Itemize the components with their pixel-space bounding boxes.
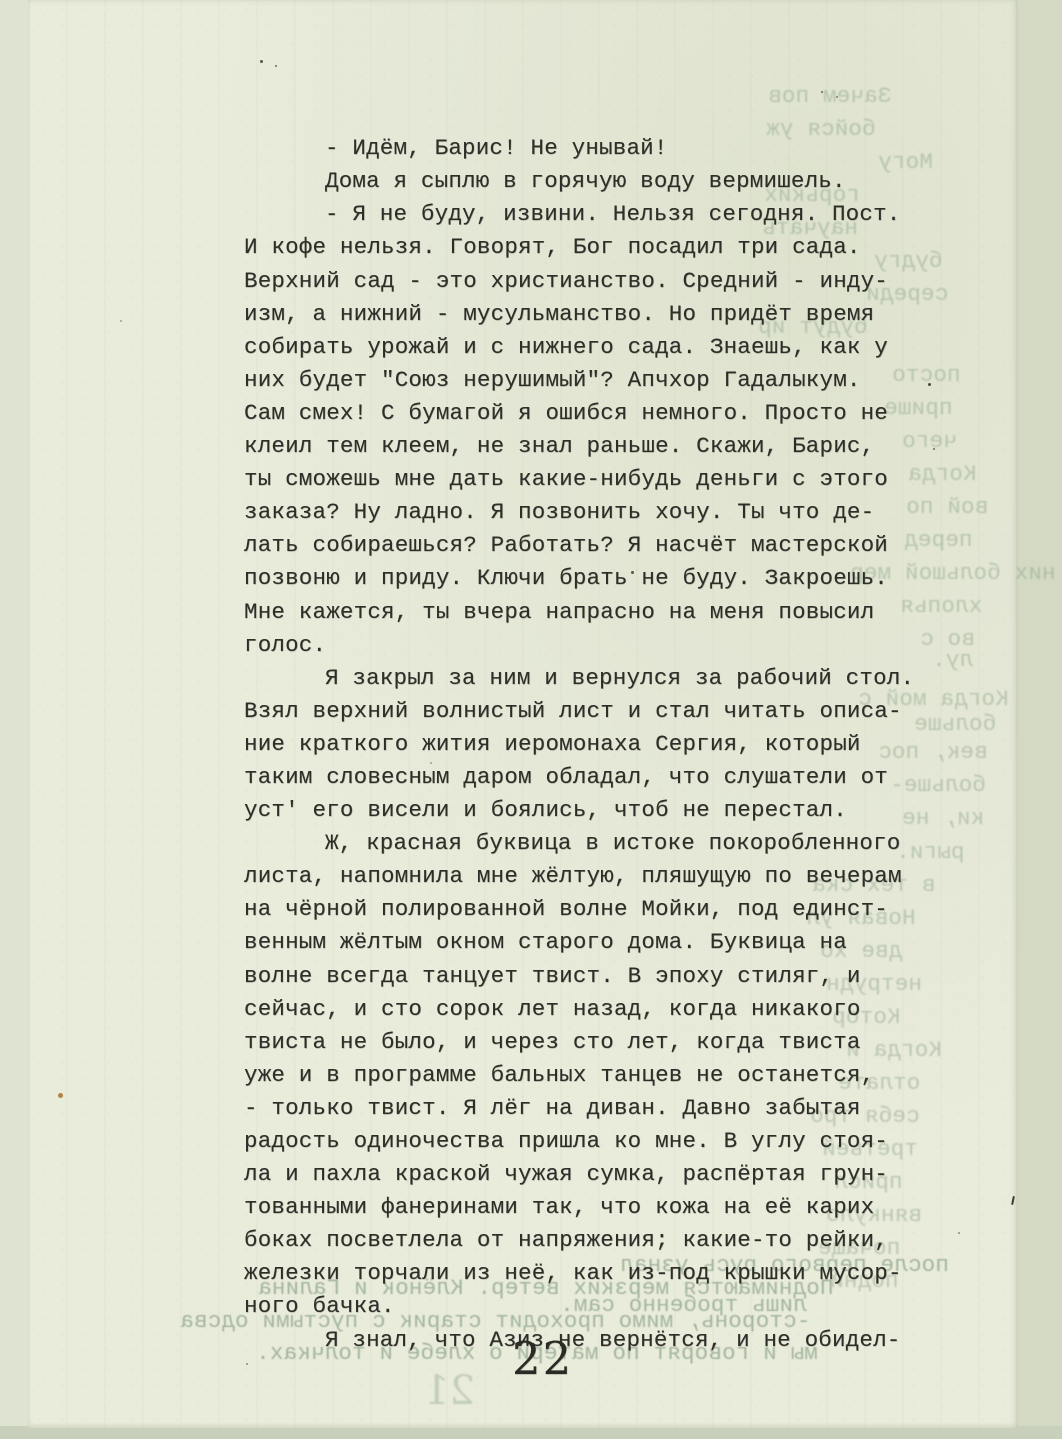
typescript-line: железки торчали из неё, как из-под крышк…	[244, 1257, 944, 1290]
paper-speck	[958, 1232, 960, 1234]
paper-speck	[58, 1093, 63, 1098]
typescript-line: Ж, красная буквица в истоке покоробленно…	[244, 827, 944, 860]
typescript-line: собирать урожай и с нижнего сада. Знаешь…	[244, 331, 944, 364]
typescript-line: Верхний сад - это христианство. Средний …	[244, 265, 944, 298]
typescript-line: тованными фанеринами так, что кожа на её…	[244, 1191, 944, 1224]
typescript-line: - только твист. Я лёг на диван. Давно за…	[244, 1092, 944, 1125]
typescript-line: - Я не буду, извини. Нельзя сегодня. Пос…	[244, 198, 944, 231]
typescript-line: радость одиночества пришла ко мне. В угл…	[244, 1125, 944, 1158]
typescript-line: позвоню и приду. Ключи брать не буду. За…	[244, 562, 944, 595]
typescript-line: Дома я сыплю в горячую воду вермишель.	[244, 165, 944, 198]
typescript-line: Я закрыл за ним и вернулся за рабочий ст…	[244, 662, 944, 695]
paper-speck	[275, 65, 277, 67]
typescript-line: Сам смех! С бумагой я ошибся немного. Пр…	[244, 397, 944, 430]
typescript-line: боках посветлела от напряжения; какие-то…	[244, 1224, 944, 1257]
paper-speck	[836, 96, 838, 98]
typescript-line: клеил тем клеем, не знал раньше. Скажи, …	[244, 430, 944, 463]
typescript-line: голос.	[244, 629, 944, 662]
paper-speck	[933, 448, 935, 450]
typescript-line: изм, а нижний - мусульманство. Но придёт…	[244, 298, 944, 331]
typescript-line: листа, напомнила мне жёлтую, пляшущую по…	[244, 860, 944, 893]
typescript-line: Я знал, что Азиз не вернётся, и не обиде…	[244, 1324, 944, 1357]
scan-border-right	[1018, 0, 1062, 1439]
paper-speck	[260, 60, 263, 63]
typescript-line: заказа? Ну ладно. Я позвонить хочу. Ты ч…	[244, 496, 944, 529]
typescript-line: Мне кажется, ты вчера напрасно на меня п…	[244, 596, 944, 629]
typescript-line: лать собираешься? Работать? Я насчёт мас…	[244, 529, 944, 562]
typescript-line: венным жёлтым окном старого дома. Буквиц…	[244, 926, 944, 959]
paper-speck	[928, 383, 931, 386]
typescript-line: таким словесным даром обладал, что слуша…	[244, 761, 944, 794]
typescript-line: ты сможешь мне дать какие-нибудь деньги …	[244, 463, 944, 496]
typescript-text: - Идём, Барис! Не унывай!Дома я сыплю в …	[244, 66, 944, 1357]
typescript-line: ние краткого жития иеромонаха Сергия, ко…	[244, 728, 944, 761]
paper-speck	[120, 320, 122, 322]
paper-speck	[246, 1363, 248, 1365]
typescript-line: - Идём, Барис! Не унывай!	[244, 132, 944, 165]
typescript-line: уст' его висели и боялись, чтоб не перес…	[244, 794, 944, 827]
page-number: 22	[512, 1332, 573, 1385]
typescript-line: ного бачка.	[244, 1290, 944, 1323]
typescript-line: на чёрной полированной волне Мойки, под …	[244, 893, 944, 926]
paper-speck	[821, 91, 823, 93]
typescript-line: них будет "Союз нерушимый"? Апчхор Гадал…	[244, 364, 944, 397]
paper-speck	[631, 571, 634, 574]
scan-border-left	[0, 0, 28, 1439]
typescript-line: волне всегда танцует твист. В эпоху стил…	[244, 960, 944, 993]
typescript-line: ла и пахла краской чужая сумка, распёрта…	[244, 1158, 944, 1191]
typescript-line: Взял верхний волнистый лист и стал читат…	[244, 695, 944, 728]
typescript-line: твиста не было, и через сто лет, когда т…	[244, 1026, 944, 1059]
typescript-line: И кофе нельзя. Говорят, Бог посадил три …	[244, 231, 944, 264]
typescript-line: сейчас, и сто сорок лет назад, когда ник…	[244, 993, 944, 1026]
typescript-line: уже и в программе бальных танцев не оста…	[244, 1059, 944, 1092]
paper-speck	[430, 762, 432, 764]
